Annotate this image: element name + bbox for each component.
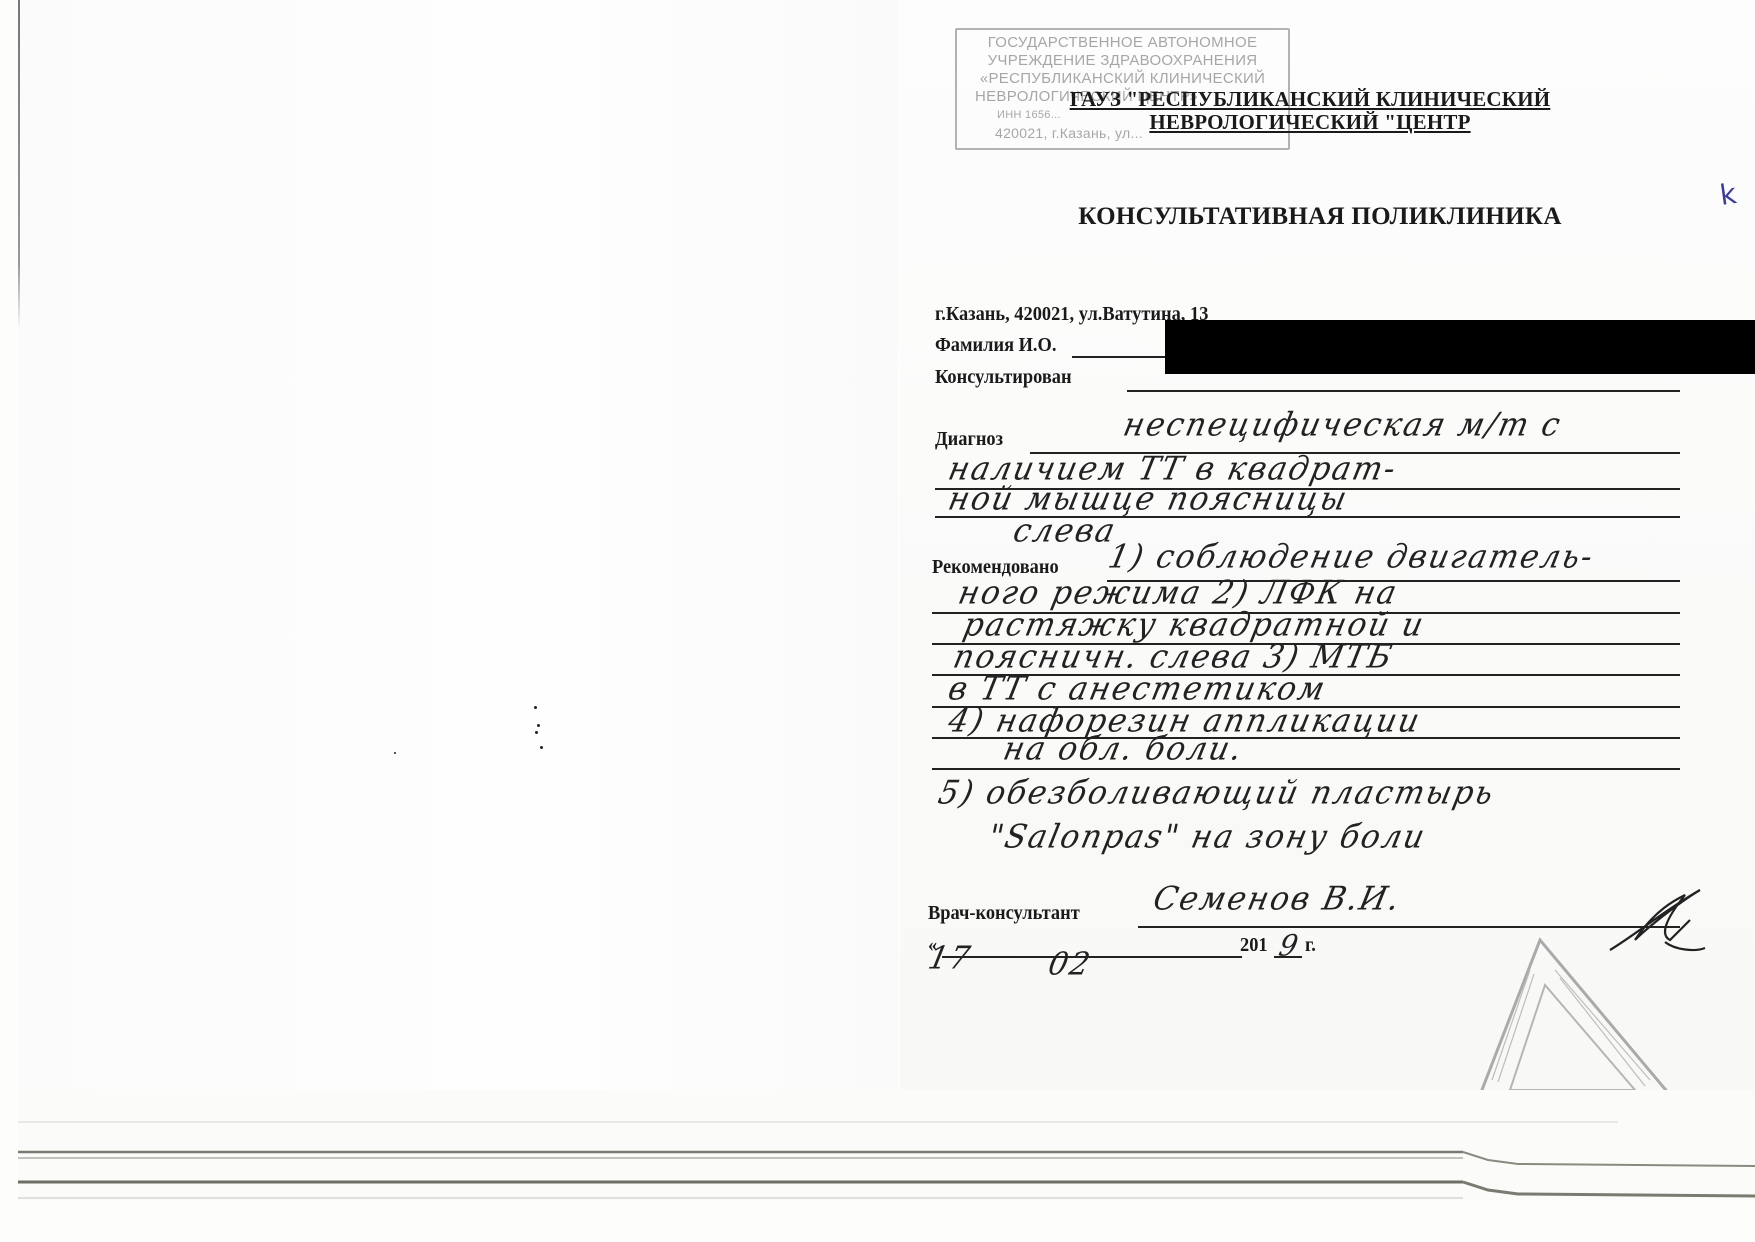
- diagnosis-text: неспецифическая м/т с: [1120, 406, 1565, 444]
- recommended-underline: [932, 768, 1680, 770]
- date-suffix: г.: [1305, 934, 1316, 957]
- left-page-blank: [18, 0, 898, 1090]
- name-label: Фамилия И.О.: [935, 334, 1056, 357]
- triangular-stamp: [1470, 930, 1690, 1100]
- recommendation-text: 1) соблюдение двигатель-: [1105, 538, 1598, 576]
- organization-title: ГАУЗ "РЕСПУБЛИКАНСКИЙ КЛИНИЧЕСКИЙ НЕВРОЛ…: [1000, 88, 1620, 134]
- doctor-label: Врач-консультант: [928, 902, 1080, 925]
- stamp-line: «РЕСПУБЛИКАНСКИЙ КЛИНИЧЕСКИЙ: [957, 70, 1288, 88]
- scan-speck: [394, 752, 396, 754]
- scan-speck: [540, 746, 543, 749]
- page-title: КОНСУЛЬТАТИВНАЯ ПОЛИКЛИНИКА: [1010, 203, 1630, 231]
- diagnosis-text: ной мышце поясницы: [945, 480, 1352, 518]
- name-redaction: [1165, 320, 1755, 374]
- doctor-underline: [1138, 926, 1680, 928]
- date-month: 02: [1045, 946, 1095, 983]
- diagnosis-text: слева: [1010, 512, 1120, 550]
- org-title-line-1: ГАУЗ "РЕСПУБЛИКАНСКИЙ КЛИНИЧЕСКИЙ: [1000, 88, 1620, 111]
- recommendation-text: "Salonpas" на зону боли: [985, 818, 1430, 856]
- doctor-name: Семенов В.И.: [1150, 880, 1405, 918]
- scan-speck: [534, 706, 537, 709]
- scan-speck: [535, 731, 538, 734]
- diagnosis-label: Диагноз: [935, 428, 1003, 451]
- scan-edge-bands: [18, 1090, 1755, 1200]
- recommendation-text: 5) обезболивающий пластырь: [935, 774, 1498, 812]
- recommendation-text: на обл. боли.: [1000, 730, 1247, 768]
- stamp-line: УЧРЕЖДЕНИЕ ЗДРАВООХРАНЕНИЯ: [957, 52, 1288, 70]
- date-year-prefix: 201: [1240, 934, 1268, 957]
- name-underline: [1072, 356, 1167, 358]
- date-day: 17: [925, 940, 975, 977]
- stamp-line: ГОСУДАРСТВЕННОЕ АВТОНОМНОЕ: [957, 34, 1288, 52]
- page-edge-line: [18, 0, 20, 330]
- scan-speck: [537, 724, 540, 727]
- consulted-underline: [1127, 390, 1680, 392]
- consulted-label: Консультирован: [935, 366, 1072, 389]
- org-title-line-2: НЕВРОЛОГИЧЕСКИЙ "ЦЕНТР: [1000, 111, 1620, 134]
